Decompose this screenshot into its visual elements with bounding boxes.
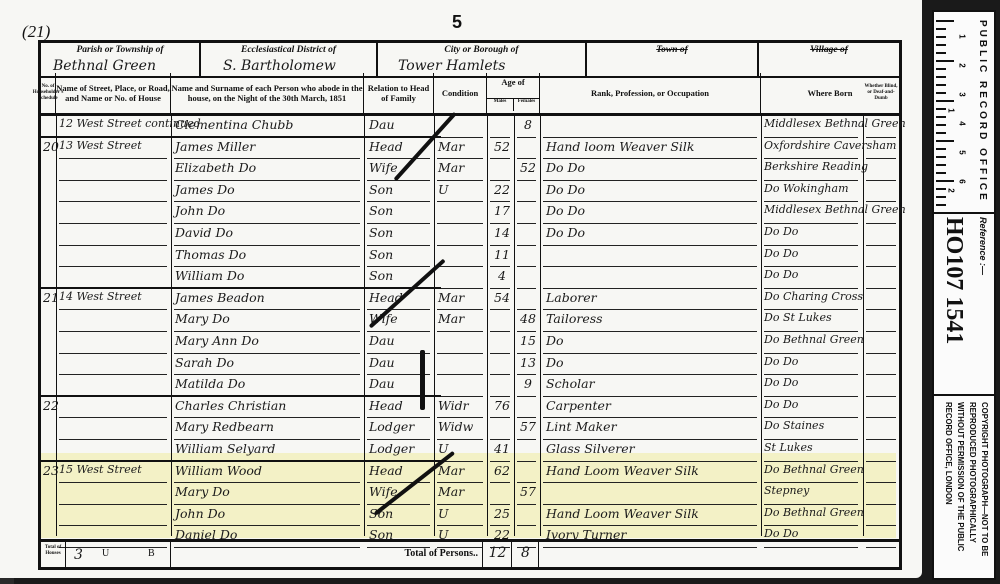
pro-reference-strip: 12345612 PUBLIC RECORD OFFICE Reference …	[932, 10, 996, 580]
cell-name: Matilda Do	[175, 376, 245, 391]
cell-male-age: 17	[491, 203, 513, 218]
cell-where-born: Do Charing Cross	[764, 290, 863, 303]
ruler-tick	[936, 172, 946, 174]
ruler-cm-label: 6	[958, 179, 967, 183]
table-row: Mary RedbearnLodgerWidw57Lint MakerDo St…	[41, 418, 899, 440]
ruler-tick	[936, 188, 946, 190]
cell-name: David Do	[175, 225, 233, 240]
ruler-inch-label: 1	[947, 108, 956, 112]
table-row: William SelyardLodgerU41Glass SilvererSt…	[41, 440, 899, 462]
table-row: Mary DoWifeMar57Stepney	[41, 483, 899, 505]
column-rule	[487, 113, 488, 536]
cell-name: William Do	[175, 268, 244, 283]
cell-female-age: 48	[518, 311, 538, 326]
cell-relation: Dau	[369, 376, 395, 391]
pro-title: PUBLIC RECORD OFFICE	[972, 16, 988, 206]
cell-where-born: Do Do	[764, 398, 798, 411]
cell-male-age: 22	[491, 182, 513, 197]
cell-relation: Wife	[369, 160, 398, 175]
females-total: 8	[513, 542, 539, 567]
cell-relation: Dau	[369, 333, 395, 348]
cell-male-age: 4	[491, 268, 513, 283]
cell-name: John Do	[175, 203, 225, 218]
schedule-divider	[41, 287, 441, 289]
census-page: (21) 5 Parish or Township of Bethnal Gre…	[0, 0, 922, 578]
cell-occupation: Hand Loom Weaver Silk	[546, 506, 699, 521]
cell-where-born: Do Do	[764, 225, 798, 238]
cell-female-age: 52	[518, 160, 538, 175]
cell-where-born: Middlesex Bethnal Green	[764, 117, 906, 130]
borough-value: Tower Hamlets	[398, 58, 506, 74]
ecclesiastical-value: S. Bartholomew	[223, 58, 336, 74]
cell-male-age: 14	[491, 225, 513, 240]
cell-name: James Miller	[175, 139, 255, 154]
cell-where-born: Do Bethnal Green	[764, 463, 864, 476]
cell-occupation: Do Do	[546, 225, 585, 240]
cell-occupation: Scholar	[546, 376, 595, 391]
cell-name: Mary Ann Do	[175, 333, 259, 348]
cell-male-age: 54	[491, 290, 513, 305]
cell-female-age: 15	[518, 333, 538, 348]
ruler-inch-label: 2	[947, 188, 956, 192]
town-label: Town of	[587, 45, 757, 55]
cell-relation: Lodger	[369, 419, 414, 434]
schedule-divider	[41, 460, 441, 462]
ruler: 12345612	[936, 14, 969, 209]
cell-where-born: St Lukes	[764, 441, 813, 454]
cell-occupation: Carpenter	[546, 398, 611, 413]
col-age-label: Age of	[501, 77, 524, 87]
ruler-tick	[936, 180, 954, 182]
ruler-tick	[936, 156, 946, 158]
cell-occupation: Lint Maker	[546, 419, 617, 434]
cell-name: Clementina Chubb	[175, 117, 293, 132]
copyright-box: COPYRIGHT PHOTOGRAPH—NOT TO BE REPRODUCE…	[934, 394, 994, 580]
parish-value: Bethnal Green	[53, 58, 156, 74]
cell-relation: Head	[369, 463, 403, 478]
cell-relation: Dau	[369, 355, 395, 370]
borough-label: City or Borough of	[378, 45, 585, 55]
town-cell: Town of	[587, 43, 759, 76]
persons-label: Total of Persons..	[171, 542, 483, 567]
ruler-section: 12345612 PUBLIC RECORD OFFICE	[934, 12, 994, 214]
ruler-tick	[936, 28, 946, 30]
cell-condition: Mar	[438, 463, 464, 478]
cell-where-born: Do Bethnal Green	[764, 506, 864, 519]
cell-where-born: Do St Lukes	[764, 311, 832, 324]
column-rule	[56, 113, 57, 536]
cell-occupation: Do Do	[546, 203, 585, 218]
cell-condition: Mar	[438, 290, 464, 305]
cell-occupation: Laborer	[546, 290, 597, 305]
ruler-tick	[936, 164, 946, 166]
ruler-tick	[936, 84, 946, 86]
cell-where-born: Do Do	[764, 355, 798, 368]
ruler-tick	[936, 100, 954, 102]
cell-condition: Mar	[438, 139, 464, 154]
cell-occupation: Do	[546, 333, 564, 348]
column-rule	[514, 113, 515, 536]
ruler-tick	[936, 36, 946, 38]
cell-name: James Beadon	[175, 290, 265, 305]
uninhabited-label: U	[102, 548, 109, 559]
table-row: Mary DoWifeMar48TailoressDo St Lukes	[41, 310, 899, 332]
ruler-cm-label: 2	[958, 63, 967, 67]
village-label: Village of	[759, 45, 899, 55]
cell-where-born: Do Wokingham	[764, 182, 849, 195]
ruler-tick	[936, 132, 946, 134]
cell-condition: Mar	[438, 484, 464, 499]
column-rule	[761, 113, 762, 536]
table-row: John DoSon17Do DoMiddlesex Bethnal Green	[41, 202, 899, 224]
cell-female-age: 57	[518, 419, 538, 434]
cell-female-age: 9	[518, 376, 538, 391]
cell-male-age: 76	[491, 398, 513, 413]
ruler-tick	[936, 124, 946, 126]
table-row: John DoSonU25Hand Loom Weaver SilkDo Bet…	[41, 505, 899, 527]
cell-occupation: Do	[546, 355, 564, 370]
col-occupation: Rank, Profession, or Occupation	[540, 73, 761, 116]
cell-where-born: Do Do	[764, 247, 798, 260]
column-rule	[171, 113, 172, 536]
cell-relation: Dau	[369, 117, 395, 132]
houses-label: Total of Houses	[41, 542, 66, 570]
ruler-cm-label: 1	[958, 34, 967, 38]
cell-name: William Selyard	[175, 441, 275, 456]
cell-name: Elizabeth Do	[175, 160, 256, 175]
column-rule	[863, 113, 864, 536]
cell-name: Charles Christian	[175, 398, 286, 413]
table-row: 2114 West StreetJames BeadonHeadMar54Lab…	[41, 289, 899, 311]
building-label: B	[148, 548, 155, 559]
copyright-notice: COPYRIGHT PHOTOGRAPH—NOT TO BE REPRODUCE…	[938, 402, 990, 577]
cell-address: 15 West Street	[59, 463, 142, 476]
cell-name: William Wood	[175, 463, 262, 478]
cell-where-born: Oxfordshire Caversham	[764, 139, 896, 152]
houses-value: 3	[74, 547, 83, 563]
table-row: Matilda DoDau9ScholarDo Do	[41, 375, 899, 397]
cell-where-born: Do Bethnal Green	[764, 333, 864, 346]
cell-name: Mary Do	[175, 484, 230, 499]
cell-female-age: 13	[518, 355, 538, 370]
cell-occupation: Do Do	[546, 160, 585, 175]
table-row: Sarah DoDau13DoDo Do	[41, 354, 899, 376]
cell-relation: Son	[369, 182, 393, 197]
cell-male-age: 62	[491, 463, 513, 478]
ruler-tick	[936, 92, 946, 94]
table-row: 22Charles ChristianHeadWidr76CarpenterDo…	[41, 397, 899, 419]
census-table: No. of Householder's Schedule Name of St…	[38, 73, 902, 570]
cell-relation: Son	[369, 203, 393, 218]
cell-relation: Son	[369, 225, 393, 240]
table-row: David DoSon14Do DoDo Do	[41, 224, 899, 246]
ruler-cm-label: 5	[958, 150, 967, 154]
ruler-tick	[936, 140, 954, 142]
table-row: William DoSon4Do Do	[41, 267, 899, 289]
cell-name: Mary Redbearn	[175, 419, 274, 434]
ecclesiastical-cell: Ecclesiastical District of S. Bartholome…	[201, 43, 378, 76]
ruler-tick	[936, 204, 946, 206]
cell-occupation: Hand Loom Weaver Silk	[546, 463, 699, 478]
table-row: 2013 West StreetJames MillerHeadMar52Han…	[41, 138, 899, 160]
column-rule	[434, 113, 435, 536]
ruler-tick	[936, 60, 954, 62]
cell-condition: Widw	[438, 419, 473, 434]
tally-stroke	[420, 350, 425, 410]
table-row: James DoSonU22Do DoDo Wokingham	[41, 181, 899, 203]
cell-occupation: Glass Silverer	[546, 441, 635, 456]
ruler-cm-label: 3	[958, 92, 967, 96]
schedule-divider	[41, 136, 441, 138]
cell-female-age: 8	[518, 117, 538, 132]
cell-where-born: Do Do	[764, 376, 798, 389]
reference-value: HO107 1541	[940, 217, 967, 344]
ruler-cm-label: 4	[958, 121, 967, 125]
totals-row: Total of Houses 3 U B Total of Persons..…	[41, 539, 899, 567]
page-number: 5	[452, 12, 462, 33]
col-males: Males	[487, 98, 514, 111]
column-rule	[364, 113, 365, 536]
cell-occupation: Tailoress	[546, 311, 603, 326]
cell-where-born: Stepney	[764, 484, 809, 497]
cell-male-age: 41	[491, 441, 513, 456]
males-total: 12	[484, 542, 512, 567]
houses-cell: 3 U B	[66, 542, 171, 567]
ruler-tick	[936, 52, 946, 54]
cell-name: Sarah Do	[175, 355, 234, 370]
col-females: Females	[514, 98, 539, 111]
folio-mark: (21)	[22, 22, 50, 42]
col-relation: Relation to Head of Family	[364, 73, 434, 116]
ruler-tick	[936, 44, 946, 46]
ruler-tick	[936, 116, 946, 118]
cell-relation: Head	[369, 398, 403, 413]
village-cell: Village of	[759, 43, 899, 76]
ruler-tick	[936, 68, 946, 70]
parish-label: Parish or Township of	[41, 45, 199, 55]
cell-name: James Do	[175, 182, 235, 197]
reference-label: Reference :—	[978, 217, 988, 275]
parish-cell: Parish or Township of Bethnal Green	[41, 43, 201, 76]
schedule-divider	[41, 395, 441, 397]
cell-relation: Son	[369, 247, 393, 262]
borough-cell: City or Borough of Tower Hamlets	[378, 43, 587, 76]
cell-occupation: Hand loom Weaver Silk	[546, 139, 694, 154]
cell-condition: Widr	[438, 398, 469, 413]
table-row: 2315 West StreetWilliam WoodHeadMar62Han…	[41, 462, 899, 484]
table-row: Mary Ann DoDau15DoDo Bethnal Green	[41, 332, 899, 354]
cell-relation: Lodger	[369, 441, 414, 456]
cell-condition: Mar	[438, 311, 464, 326]
col-schedule: No. of Householder's Schedule	[41, 73, 56, 116]
table-row: Thomas DoSon11Do Do	[41, 246, 899, 268]
cell-male-age: 11	[491, 247, 513, 262]
cell-relation: Son	[369, 268, 393, 283]
cell-condition: U	[438, 182, 449, 197]
cell-address: 14 West Street	[59, 290, 142, 303]
ecclesiastical-label: Ecclesiastical District of	[201, 45, 376, 55]
cell-condition: U	[438, 506, 449, 521]
cell-where-born: Do Staines	[764, 419, 824, 432]
ruler-tick	[936, 148, 946, 150]
column-rule	[540, 113, 541, 536]
ruler-tick	[936, 108, 946, 110]
col-address: Name of Street, Place, or Road, and Name…	[56, 73, 171, 116]
col-disability: Whether Blind, or Deaf-and-Dumb	[863, 73, 899, 116]
cell-male-age: 25	[491, 506, 513, 521]
cell-occupation: Do Do	[546, 182, 585, 197]
ruler-tick	[936, 76, 946, 78]
col-condition: Condition	[434, 73, 487, 116]
cell-name: John Do	[175, 506, 225, 521]
cell-name: Mary Do	[175, 311, 230, 326]
table-row: 12 West Street continuedClementina Chubb…	[41, 116, 899, 138]
cell-where-born: Middlesex Bethnal Green	[764, 203, 906, 216]
cell-female-age: 57	[518, 484, 538, 499]
ruler-tick	[936, 20, 954, 22]
cell-male-age: 52	[491, 139, 513, 154]
cell-condition: Mar	[438, 160, 464, 175]
cell-where-born: Berkshire Reading	[764, 160, 868, 173]
ruler-tick	[936, 196, 946, 198]
table-row: Elizabeth DoWifeMar52Do DoBerkshire Read…	[41, 159, 899, 181]
col-name: Name and Surname of each Person who abod…	[171, 73, 364, 116]
cell-name: Thomas Do	[175, 247, 246, 262]
cell-where-born: Do Do	[764, 268, 798, 281]
cell-address: 13 West Street	[59, 139, 142, 152]
cell-relation: Head	[369, 139, 403, 154]
